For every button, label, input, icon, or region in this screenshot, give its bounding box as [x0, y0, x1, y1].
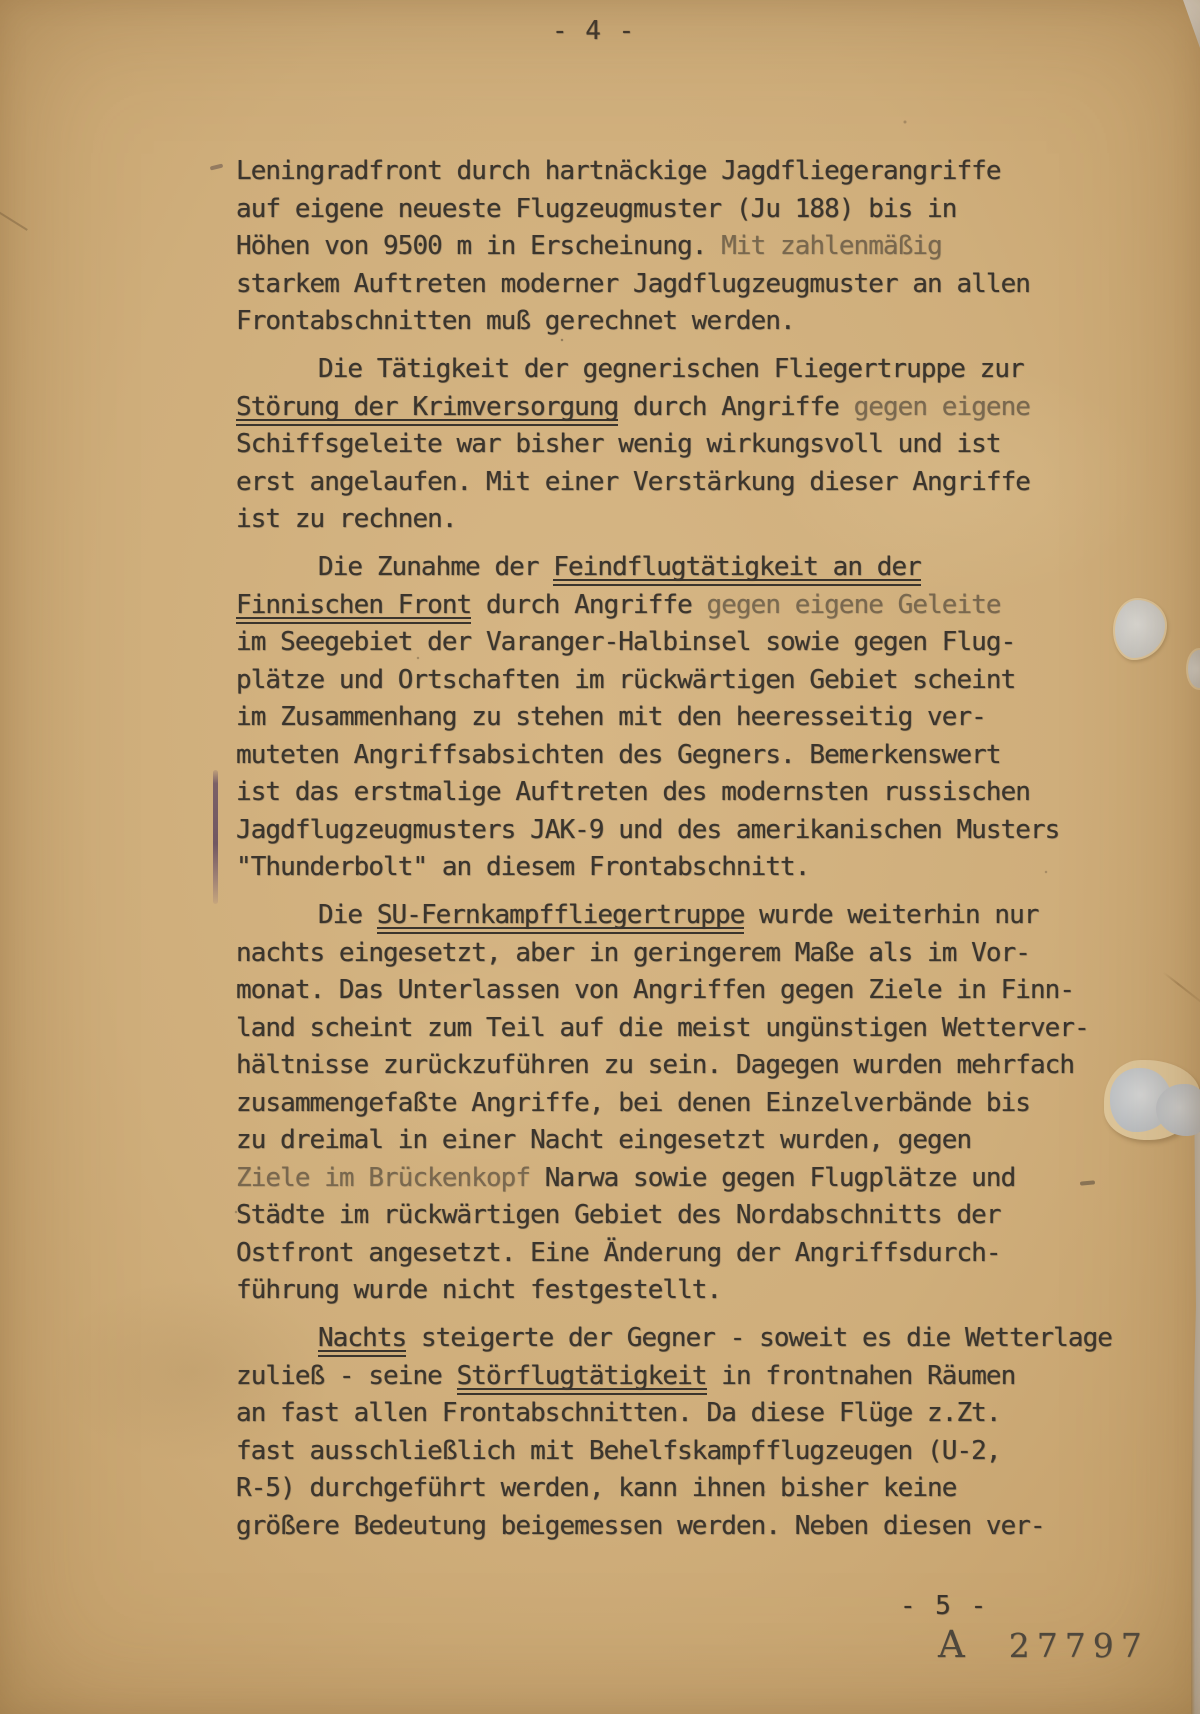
paragraph: Die SU-Fernkampffliegertruppe wurde weit…	[236, 897, 1116, 1310]
text-line: zuließ - seine Störflugtätigkeit in fron…	[236, 1358, 1116, 1396]
text-segment: ist das erstmalige Auftreten des moderns…	[236, 777, 1030, 807]
text-segment: Die Tätigkeit der gegnerischen Fliegertr…	[318, 354, 1024, 384]
text-line: starkem Auftreten moderner Jagdflugzeugm…	[236, 266, 1116, 304]
text-segment: im Zusammenhang zu stehen mit den heeres…	[236, 702, 986, 732]
paragraph: Leningradfront durch hartnäckige Jagdfli…	[236, 153, 1116, 341]
text-line: auf eigene neueste Flugzeugmuster (Ju 18…	[236, 191, 1116, 229]
text-line: Frontabschnitten muß gerechnet werden.	[236, 303, 1116, 341]
text-line: land scheint zum Teil auf die meist ungü…	[236, 1010, 1116, 1048]
text-line: Schiffsgeleite war bisher wenig wirkungs…	[236, 426, 1116, 464]
torn-corner-edge	[1180, 0, 1200, 48]
pencil-tick-mark	[210, 163, 224, 170]
text-line: "Thunderbolt" an diesem Frontabschnitt.	[236, 849, 1116, 887]
text-segment: hältnisse zurückzuführen zu sein. Dagege…	[236, 1050, 1074, 1080]
text-segment: zusammengefaßte Angriffe, bei denen Einz…	[236, 1088, 1030, 1118]
text-line: ist zu rechnen.	[236, 501, 1116, 539]
underlined-text-segment: Störung der Krimversorgung	[236, 392, 618, 426]
stamp-letter: A	[938, 1626, 965, 1663]
text-line: Jagdflugzeugmusters JAK-9 und des amerik…	[236, 812, 1116, 850]
text-segment: in frontnahen Räumen	[707, 1361, 1016, 1391]
text-segment: Höhen von 9500 m in Erscheinung.	[236, 231, 721, 261]
text-segment: größere Bedeutung beigemessen werden. Ne…	[236, 1511, 1045, 1541]
text-line: ist das erstmalige Auftreten des moderns…	[236, 774, 1116, 812]
text-block: Leningradfront durch hartnäckige Jagdfli…	[236, 153, 1116, 1545]
text-line: Die SU-Fernkampffliegertruppe wurde weit…	[236, 897, 1116, 935]
text-segment: Schiffsgeleite war bisher wenig wirkungs…	[236, 429, 1001, 459]
archive-stamp: A 27797	[938, 1626, 1149, 1663]
text-segment: "Thunderbolt" an diesem Frontabschnitt.	[236, 852, 809, 882]
text-line: fast ausschließlich mit Behelfskampfflug…	[236, 1433, 1116, 1471]
text-segment: Narwa sowie gegen Flugplätze und	[530, 1163, 1015, 1193]
text-line: Städte im rückwärtigen Gebiet des Nordab…	[236, 1197, 1116, 1235]
text-segment: Ziele im Brückenkopf	[236, 1163, 530, 1193]
text-segment: durch Angriffe	[471, 590, 706, 620]
text-segment: zuließ - seine	[236, 1361, 457, 1391]
text-line: Finnischen Front durch Angriffe gegen ei…	[236, 587, 1116, 625]
text-segment: muteten Angriffsabsichten des Gegners. B…	[236, 740, 1001, 770]
text-line: Leningradfront durch hartnäckige Jagdfli…	[236, 153, 1116, 191]
text-segment: zu dreimal in einer Nacht eingesetzt wur…	[236, 1125, 971, 1155]
text-line: Die Tätigkeit der gegnerischen Fliegertr…	[236, 351, 1116, 389]
text-line: nachts eingesetzt, aber in geringerem Ma…	[236, 935, 1116, 973]
text-segment: wurde weiterhin nur	[744, 900, 1038, 930]
paper-scratch	[0, 211, 28, 230]
text-segment: starkem Auftreten moderner Jagdflugzeugm…	[236, 269, 1030, 299]
text-line: führung wurde nicht festgestellt.	[236, 1272, 1116, 1310]
text-line: größere Bedeutung beigemessen werden. Ne…	[236, 1508, 1116, 1546]
text-line: plätze und Ortschaften im rückwärtigen G…	[236, 662, 1116, 700]
text-segment: monat. Das Unterlassen von Angriffen geg…	[236, 975, 1074, 1005]
document-page: - 4 - Leningradfront durch hartnäckige J…	[0, 0, 1200, 1714]
text-segment: Ostfront angesetzt. Eine Änderung der An…	[236, 1238, 1001, 1268]
text-segment: R-5) durchgeführt werden, kann ihnen bis…	[236, 1473, 956, 1503]
underlined-text-segment: Feindflugtätigkeit an der	[553, 552, 921, 586]
text-segment: Mit zahlenmäßig	[721, 231, 942, 261]
text-line: Höhen von 9500 m in Erscheinung. Mit zah…	[236, 228, 1116, 266]
text-line: hältnisse zurückzuführen zu sein. Dagege…	[236, 1047, 1116, 1085]
underlined-text-segment: Störflugtätigkeit	[457, 1361, 707, 1395]
stamp-number: 27797	[1009, 1629, 1149, 1662]
text-line: zu dreimal in einer Nacht eingesetzt wur…	[236, 1122, 1116, 1160]
text-segment: gegen eigene	[854, 392, 1030, 422]
text-segment: plätze und Ortschaften im rückwärtigen G…	[236, 665, 1015, 695]
paragraph: Nachts steigerte der Gegner - soweit es …	[236, 1320, 1116, 1545]
text-line: zusammengefaßte Angriffe, bei denen Einz…	[236, 1085, 1116, 1123]
paragraph: Die Tätigkeit der gegnerischen Fliegertr…	[236, 351, 1116, 539]
text-segment: Die	[318, 900, 377, 930]
page-number-bottom: - 5 -	[900, 1591, 988, 1621]
text-segment: Jagdflugzeugmusters JAK-9 und des amerik…	[236, 815, 1059, 845]
text-segment: Leningradfront durch hartnäckige Jagdfli…	[236, 156, 1001, 186]
paper-crease	[1162, 971, 1200, 1002]
text-line: erst angelaufen. Mit einer Verstärkung d…	[236, 464, 1116, 502]
underlined-text-segment: Nachts	[318, 1323, 406, 1357]
paragraph: Die Zunahme der Feindflugtätigkeit an de…	[236, 549, 1116, 887]
text-segment: steigerte der Gegner - soweit es die Wet…	[406, 1323, 1112, 1353]
text-segment: durch Angriffe	[618, 392, 853, 422]
text-segment: ist zu rechnen.	[236, 504, 457, 534]
text-segment: an fast allen Frontabschnitten. Da diese…	[236, 1398, 1001, 1428]
torn-right-edge	[1191, 1132, 1200, 1714]
text-segment: fast ausschließlich mit Behelfskampfflug…	[236, 1436, 1001, 1466]
text-segment: im Seegebiet der Varanger-Halbinsel sowi…	[236, 627, 1015, 657]
text-line: Ostfront angesetzt. Eine Änderung der An…	[236, 1235, 1116, 1273]
text-segment: Frontabschnitten muß gerechnet werden.	[236, 306, 795, 336]
text-line: im Zusammenhang zu stehen mit den heeres…	[236, 699, 1116, 737]
text-line: R-5) durchgeführt werden, kann ihnen bis…	[236, 1470, 1116, 1508]
text-segment: auf eigene neueste Flugzeugmuster (Ju 18…	[236, 194, 956, 224]
text-segment: führung wurde nicht festgestellt.	[236, 1275, 721, 1305]
text-segment: Städte im rückwärtigen Gebiet des Nordab…	[236, 1200, 1001, 1230]
paper-tear	[1104, 1060, 1200, 1142]
pencil-margin-line	[213, 770, 218, 904]
text-segment: land scheint zum Teil auf die meist ungü…	[236, 1013, 1089, 1043]
text-line: monat. Das Unterlassen von Angriffen geg…	[236, 972, 1116, 1010]
text-line: Nachts steigerte der Gegner - soweit es …	[236, 1320, 1116, 1358]
text-line: Die Zunahme der Feindflugtätigkeit an de…	[236, 549, 1116, 587]
underlined-text-segment: Finnischen Front	[236, 590, 471, 624]
page-number-top: - 4 -	[552, 16, 635, 46]
underlined-text-segment: SU-Fernkampffliegertruppe	[377, 900, 745, 934]
text-line: muteten Angriffsabsichten des Gegners. B…	[236, 737, 1116, 775]
paper-hole	[1113, 598, 1167, 660]
text-line: im Seegebiet der Varanger-Halbinsel sowi…	[236, 624, 1116, 662]
text-segment: gegen eigene Geleite	[707, 590, 1001, 620]
text-line: an fast allen Frontabschnitten. Da diese…	[236, 1395, 1116, 1433]
text-segment: erst angelaufen. Mit einer Verstärkung d…	[236, 467, 1030, 497]
text-line: Störung der Krimversorgung durch Angriff…	[236, 389, 1116, 427]
text-segment: Die Zunahme der	[318, 552, 553, 582]
paper-hole-edge	[1186, 648, 1200, 690]
text-segment: nachts eingesetzt, aber in geringerem Ma…	[236, 938, 1030, 968]
text-line: Ziele im Brückenkopf Narwa sowie gegen F…	[236, 1160, 1116, 1198]
